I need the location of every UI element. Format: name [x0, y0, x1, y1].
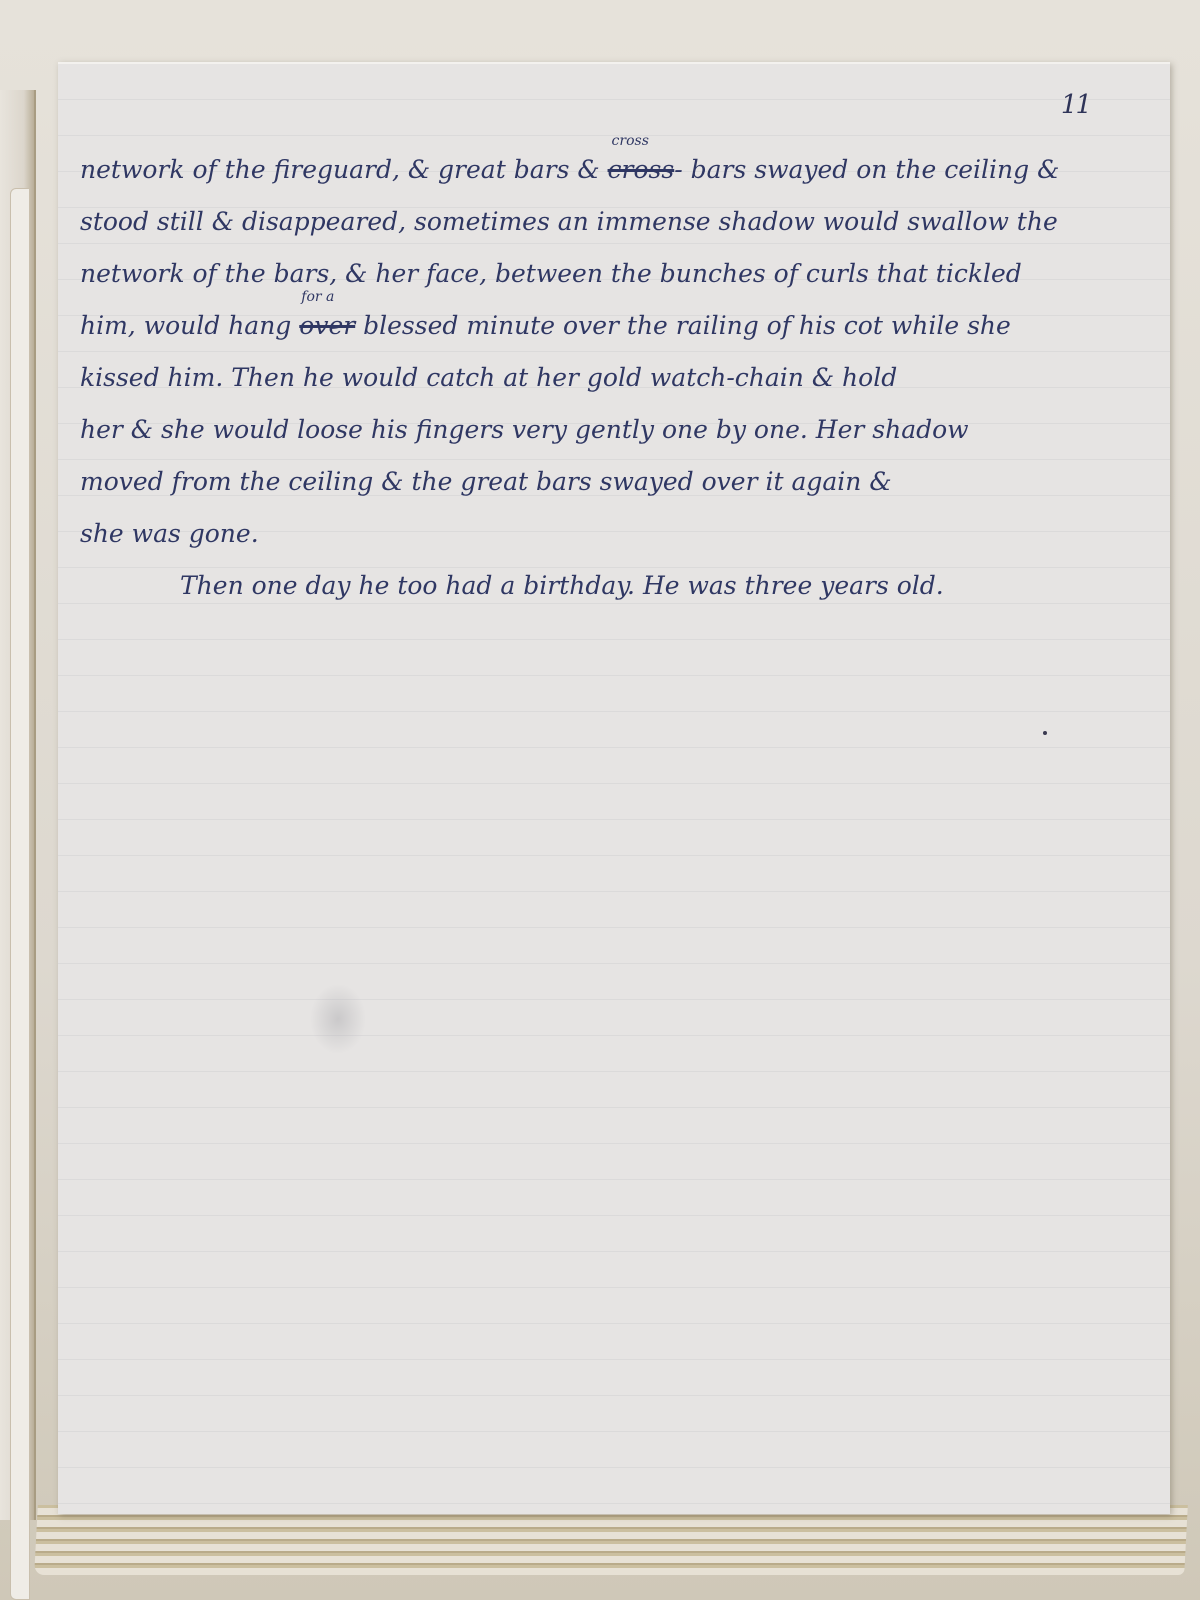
page-stack-edges [34, 1505, 1188, 1575]
ink-mark [1043, 731, 1047, 735]
page-number: 11 [1061, 90, 1090, 120]
insertion-cross: cross [612, 134, 649, 148]
line-1-end: - bars swayed on the ceiling & [674, 155, 1059, 184]
facing-page-sheet [10, 188, 30, 1600]
insertion-for-a: for a [301, 290, 334, 304]
manuscript-line-1: network of the fireguard, & great bars &… [80, 144, 1160, 196]
struck-word-cross: cross [608, 155, 675, 184]
manuscript-line-2: stood still & disappeared, sometimes an … [80, 196, 1160, 248]
line-1-start: network of the fireguard, & great bars & [80, 155, 608, 184]
manuscript-line-4: him, would hang for a over blessed minut… [80, 300, 1160, 352]
facing-page-edge [0, 90, 36, 1520]
line-4-end: blessed minute over the railing of his c… [355, 311, 1011, 340]
manuscript-line-5: kissed him. Then he would catch at her g… [80, 352, 1160, 404]
manuscript-line-6: her & she would loose his fingers very g… [80, 404, 1160, 456]
manuscript-line-9: Then one day he too had a birthday. He w… [80, 560, 1160, 612]
manuscript-line-3: network of the bars, & her face, between… [80, 248, 1160, 300]
manuscript-line-7: moved from the ceiling & the great bars … [80, 456, 1160, 508]
manuscript-text: network of the fireguard, & great bars &… [80, 144, 1160, 612]
manuscript-line-8: she was gone. [80, 508, 1160, 560]
manuscript-page: 11 network of the fireguard, & great bar… [58, 62, 1170, 1514]
struck-word-over: over [299, 311, 355, 340]
line-4-start: him, would hang [80, 311, 299, 340]
